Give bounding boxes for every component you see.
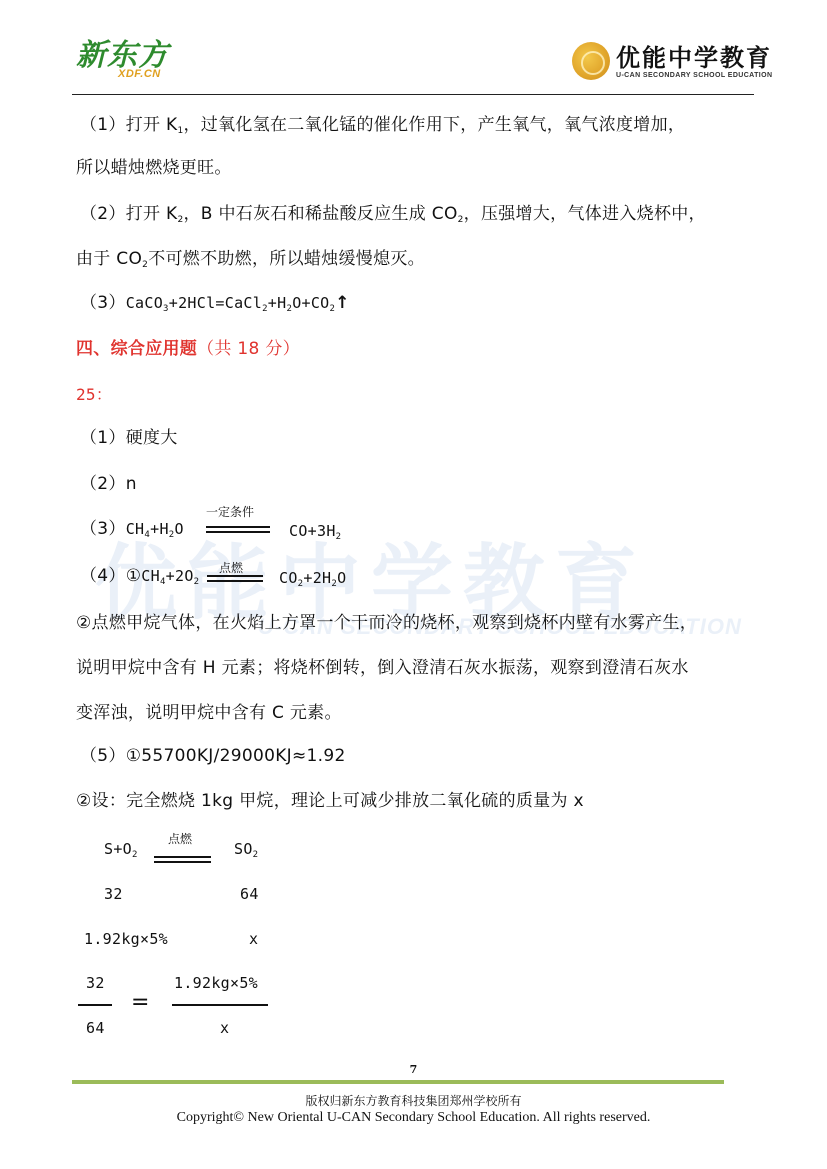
answer-25-4-1-products: CO2+2H2O xyxy=(279,567,346,589)
fraction2-numerator: 1.92kg×5% xyxy=(174,972,258,994)
section-title: 四、综合应用题（共 18 分） xyxy=(76,338,300,360)
equals-bar-top xyxy=(207,575,263,577)
answer-24-2-line2: 由于 CO2不可燃不助燃，所以蜡烛缓慢熄灭。 xyxy=(76,248,425,270)
fraction1-numerator: 32 xyxy=(86,972,105,994)
footer-divider xyxy=(72,1080,724,1084)
xdf-logo: 新东方 XDF.CN xyxy=(76,40,169,80)
answer-25-2: （2）n xyxy=(80,473,137,495)
question-25-label: 25： xyxy=(76,384,112,406)
calc-given-right: x xyxy=(249,928,258,950)
answer-24-1-line1: （1）打开 K1，过氧化氢在二氧化锰的催化作用下，产生氧气，氧气浓度增加， xyxy=(80,114,685,136)
answer-25-3-products: CO+3H2 xyxy=(289,520,341,542)
footer-copyright-cn: 版权归新东方教育科技集团郑州学校所有 xyxy=(0,1092,827,1109)
answer-24-3: （3）CaCO3+2HCl=CaCl2+H2O+CO2↑ xyxy=(80,292,350,314)
calc-mass-right: 64 xyxy=(240,883,259,905)
equals-bar-top xyxy=(206,526,270,528)
answer-25-5-1: （5）①55700KJ/29000KJ≈1.92 xyxy=(80,745,346,767)
page-number: 7 xyxy=(0,1063,827,1076)
ucan-emblem-icon xyxy=(572,42,610,80)
reaction-condition: 点燃 xyxy=(219,559,243,576)
header-divider xyxy=(72,94,754,95)
answer-25-4-2-line2: 说明甲烷中含有 H 元素；将烧杯倒转，倒入澄清石灰水振荡，观察到澄清石灰水 xyxy=(76,657,689,679)
equals-bar-bottom xyxy=(207,580,263,582)
footer-copyright-en: Copyright© New Oriental U-CAN Secondary … xyxy=(0,1110,827,1126)
reaction-condition: 点燃 xyxy=(168,830,192,847)
answer-25-4-2-line3: 变浑浊，说明甲烷中含有 C 元素。 xyxy=(76,702,342,724)
calc-equation-lhs: S+O2 xyxy=(104,838,138,860)
answer-24-1-line2: 所以蜡烛燃烧更旺。 xyxy=(76,157,232,179)
reaction-condition: 一定条件 xyxy=(206,503,254,520)
gas-arrow-up-icon: ↑ xyxy=(335,292,350,314)
answer-25-5-2: ②设：完全燃烧 1kg 甲烷，理论上可减少排放二氧化硫的质量为 x xyxy=(76,790,584,812)
answer-24-2-line1: （2）打开 K2，B 中石灰石和稀盐酸反应生成 CO2，压强增大，气体进入烧杯中… xyxy=(80,203,706,225)
equals-bar-bottom xyxy=(206,531,270,533)
answer-25-1: （1）硬度大 xyxy=(80,427,178,449)
fraction1-bar xyxy=(78,1004,112,1006)
answer-25-3: （3）CH4+H2O xyxy=(80,518,184,540)
fraction2-bar xyxy=(172,1004,268,1006)
calc-given-left: 1.92kg×5% xyxy=(84,928,168,950)
fraction2-denominator: x xyxy=(220,1017,229,1039)
ucan-logo: 优能中学教育 U-CAN SECONDARY SCHOOL EDUCATION xyxy=(572,42,772,80)
answer-25-4-1: （4）①CH4+2O2 xyxy=(80,565,199,587)
ucan-logo-en: U-CAN SECONDARY SCHOOL EDUCATION xyxy=(616,72,772,79)
equals-bar-bottom xyxy=(154,861,211,863)
ucan-logo-cn: 优能中学教育 xyxy=(616,44,772,72)
calc-mass-left: 32 xyxy=(104,883,123,905)
equals-bar-top xyxy=(154,856,211,858)
answer-25-4-2-line1: ②点燃甲烷气体，在火焰上方罩一个干而冷的烧杯，观察到烧杯内壁有水雾产生， xyxy=(76,612,697,634)
fraction1-denominator: 64 xyxy=(86,1017,105,1039)
calc-equation-rhs: SO2 xyxy=(234,838,258,860)
equals-sign: = xyxy=(131,992,150,1014)
